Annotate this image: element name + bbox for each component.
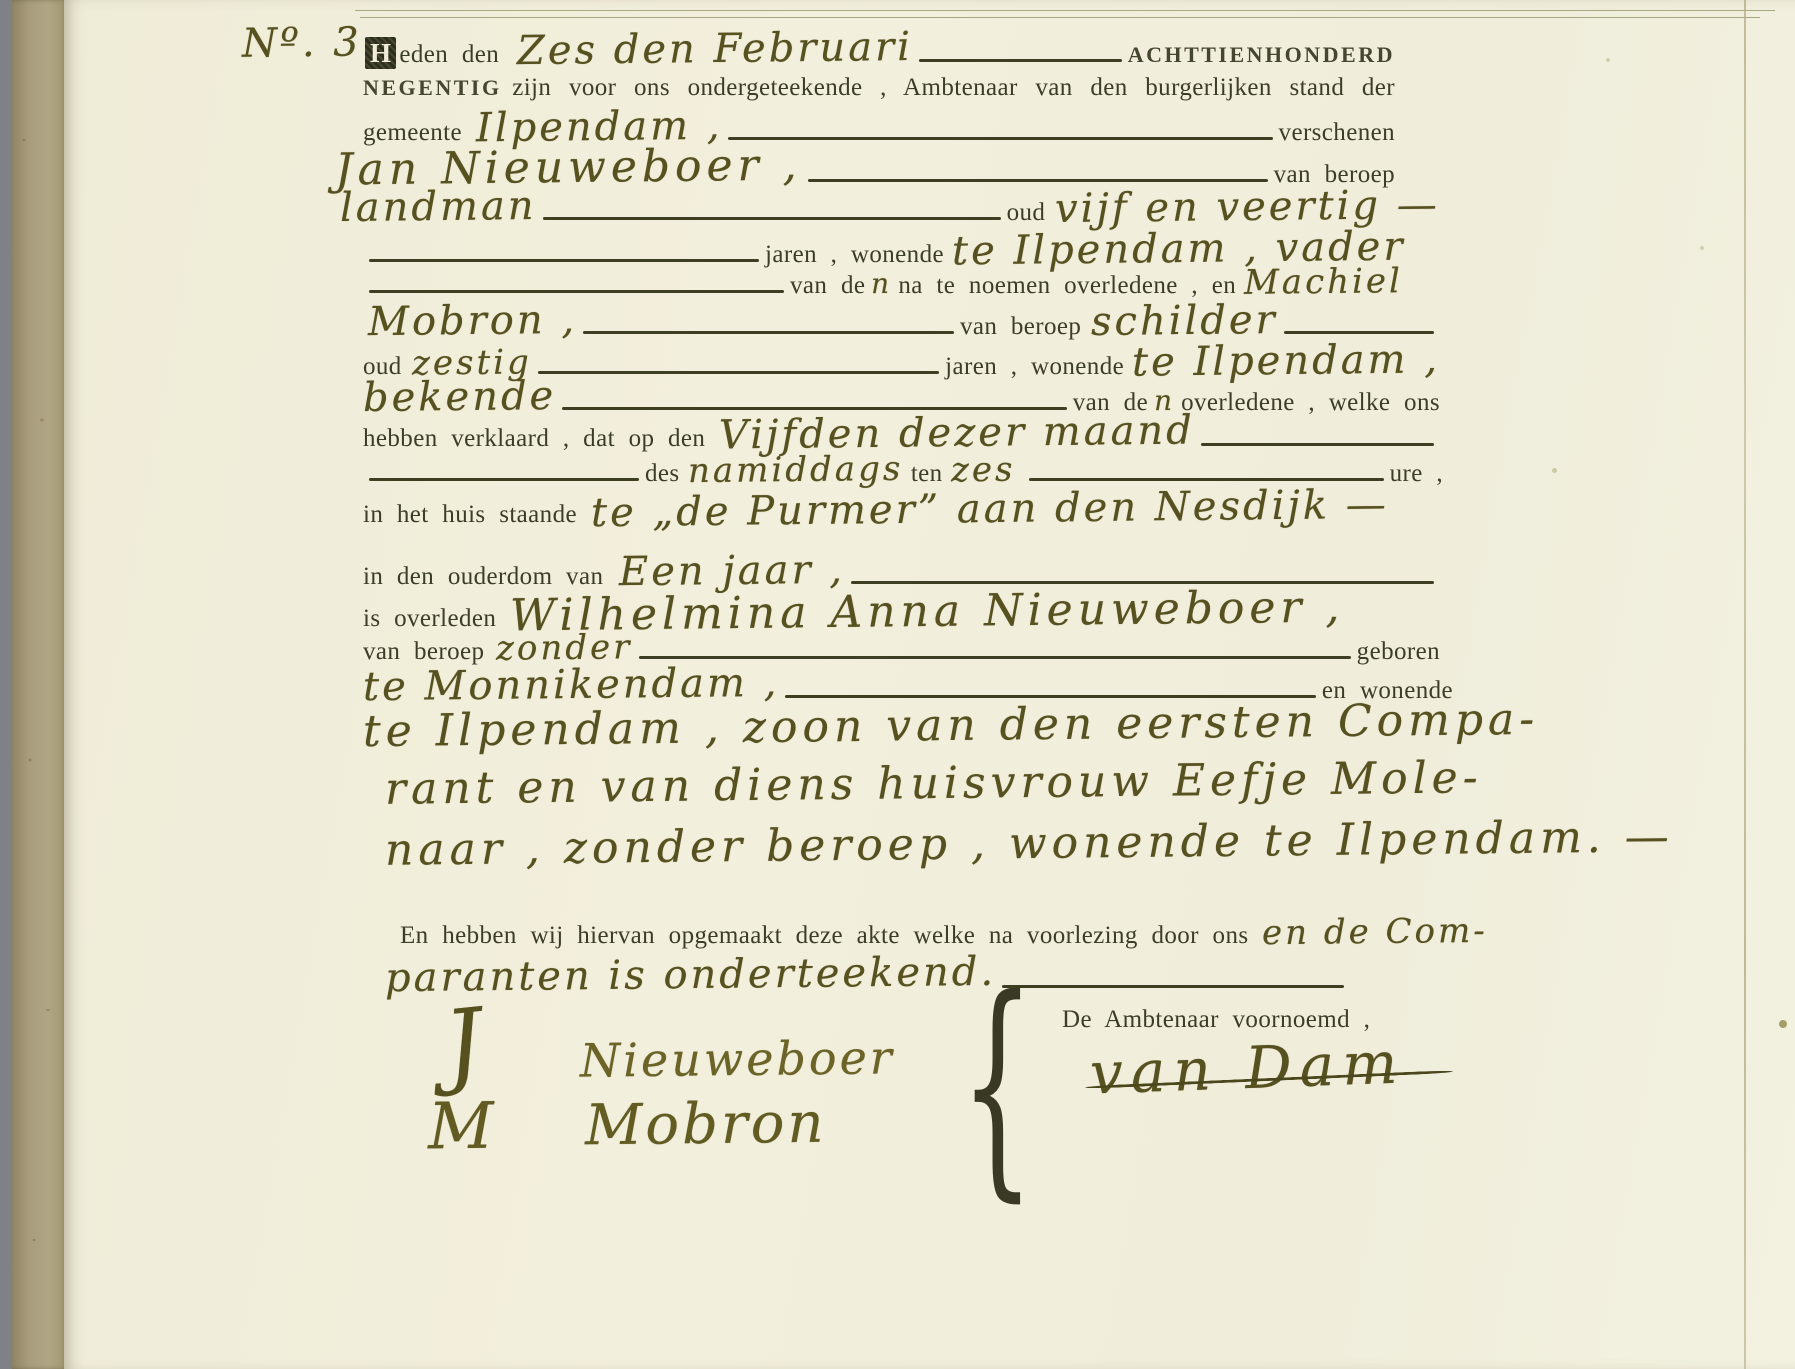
signature-brace: { bbox=[960, 968, 1035, 1203]
death-certificate-scan: Nº. 3. Heden den Zes den Februari ACHTTI… bbox=[0, 0, 1795, 1369]
ambtenaar-label: De Ambtenaar voornoemd , bbox=[1062, 1006, 1370, 1034]
signature-official-name: van Dam bbox=[1089, 1029, 1406, 1108]
fill-rule bbox=[369, 290, 784, 293]
line-date: Heden den Zes den Februari ACHTTIENHONDE… bbox=[365, 26, 1395, 72]
foxing-dot bbox=[1779, 1020, 1787, 1028]
signature-2: Mobron bbox=[585, 1092, 826, 1157]
foxing-dot bbox=[1700, 246, 1704, 250]
closing-printed: En hebben wij hiervan opgemaakt deze akt… bbox=[400, 922, 1248, 950]
fill-rule bbox=[1201, 443, 1434, 446]
relation1-suffix: na te noemen overledene , en bbox=[898, 272, 1236, 300]
scanner-background bbox=[0, 0, 12, 1369]
fill-rule bbox=[369, 478, 639, 481]
fill-rule bbox=[1284, 331, 1434, 334]
heden-den-label: Heden den bbox=[365, 37, 499, 69]
line-parents-2: rant en van diens huisvrouw Eefje Mole- bbox=[385, 758, 1483, 809]
relation1-n-insert: n bbox=[871, 267, 892, 300]
signature-declarant2-name: Mobron bbox=[585, 1091, 827, 1159]
van-beroep-label: van beroep bbox=[960, 313, 1081, 341]
line-declarant1-occupation: landman oud vijf en veertig — bbox=[340, 184, 1440, 230]
verklaard-label: hebben verklaard , dat op den bbox=[363, 425, 705, 453]
closing-handwritten-1: en de Com- bbox=[1262, 911, 1488, 953]
year-word-1: ACHTTIENHONDERD bbox=[1128, 42, 1395, 68]
ornamental-initial-h: H bbox=[365, 37, 396, 69]
fill-rule bbox=[1002, 985, 1344, 988]
signature-2-initial: M bbox=[428, 1090, 497, 1164]
fill-rule bbox=[639, 656, 1351, 659]
official-label-row: De Ambtenaar voornoemd , bbox=[1062, 1006, 1370, 1034]
parents-text-3: naar , zonder beroep , wonende te Ilpend… bbox=[385, 811, 1674, 875]
line-parents-1: te Ilpendam , zoon van den eersten Compa… bbox=[363, 700, 1539, 751]
signature-1-initial: J bbox=[445, 990, 485, 1097]
fill-rule bbox=[543, 217, 1001, 220]
act-number-value: Nº. 3. bbox=[242, 19, 378, 66]
ure-label: ure , bbox=[1390, 460, 1443, 488]
daypart-value: namiddags bbox=[687, 449, 903, 491]
parents-text-2: rant en van diens huisvrouw Eefje Mole- bbox=[385, 752, 1483, 814]
line-parents-3: naar , zonder beroep , wonende te Ilpend… bbox=[385, 818, 1674, 869]
house-label: in het huis staande bbox=[363, 501, 577, 529]
fill-rule bbox=[1029, 478, 1384, 481]
line-intro: NEGENTIG zijn voor ons ondergeteekende ,… bbox=[363, 74, 1395, 102]
top-rule-2 bbox=[360, 17, 1760, 18]
intro-text: zijn voor ons ondergeteekende , Ambtenaa… bbox=[512, 74, 1395, 102]
line-closing-2: paranten is onderteekend. bbox=[385, 952, 1350, 998]
des-label: des bbox=[645, 460, 680, 488]
fill-rule bbox=[583, 331, 954, 334]
signature-declarant1-initial: J bbox=[440, 988, 491, 1099]
hour-value: zes bbox=[950, 450, 1015, 491]
fill-rule bbox=[919, 59, 1122, 62]
line-relation1: van de n na te noemen overledene , en Ma… bbox=[363, 262, 1440, 302]
heden-rest: eden den bbox=[399, 41, 499, 68]
relation1-prefix: van de bbox=[790, 272, 865, 300]
top-rule-1 bbox=[355, 10, 1775, 11]
signature-declarant1-name: Nieuweboer bbox=[580, 1030, 895, 1087]
oud-label: oud bbox=[1007, 199, 1046, 227]
foxing-dot bbox=[1552, 468, 1557, 473]
parents-text-1: te Ilpendam , zoon van den eersten Compa… bbox=[363, 694, 1540, 757]
line-closing-1: En hebben wij hiervan opgemaakt deze akt… bbox=[400, 912, 1470, 952]
page-fold-line bbox=[1744, 0, 1746, 1369]
book-binding-edge bbox=[12, 0, 68, 1369]
declarant1-occupation: landman bbox=[340, 183, 537, 231]
fill-rule bbox=[808, 179, 1268, 182]
signature-declarant2-initial: M bbox=[428, 1090, 497, 1165]
act-number: Nº. 3. bbox=[242, 20, 377, 66]
year-word-2: NEGENTIG bbox=[363, 75, 502, 101]
line-death-house: in het huis staande te „de Purmer” aan d… bbox=[363, 486, 1463, 532]
fill-rule bbox=[728, 137, 1272, 140]
signature-official: van Dam bbox=[1090, 1034, 1405, 1102]
ten-label: ten bbox=[911, 460, 943, 488]
signature-1: Nieuweboer bbox=[580, 1032, 895, 1086]
foxing-dot bbox=[1606, 58, 1610, 62]
house-value: te „de Purmer” aan den Nesdijk — bbox=[591, 482, 1389, 536]
date-entry: Zes den Februari bbox=[517, 24, 913, 74]
